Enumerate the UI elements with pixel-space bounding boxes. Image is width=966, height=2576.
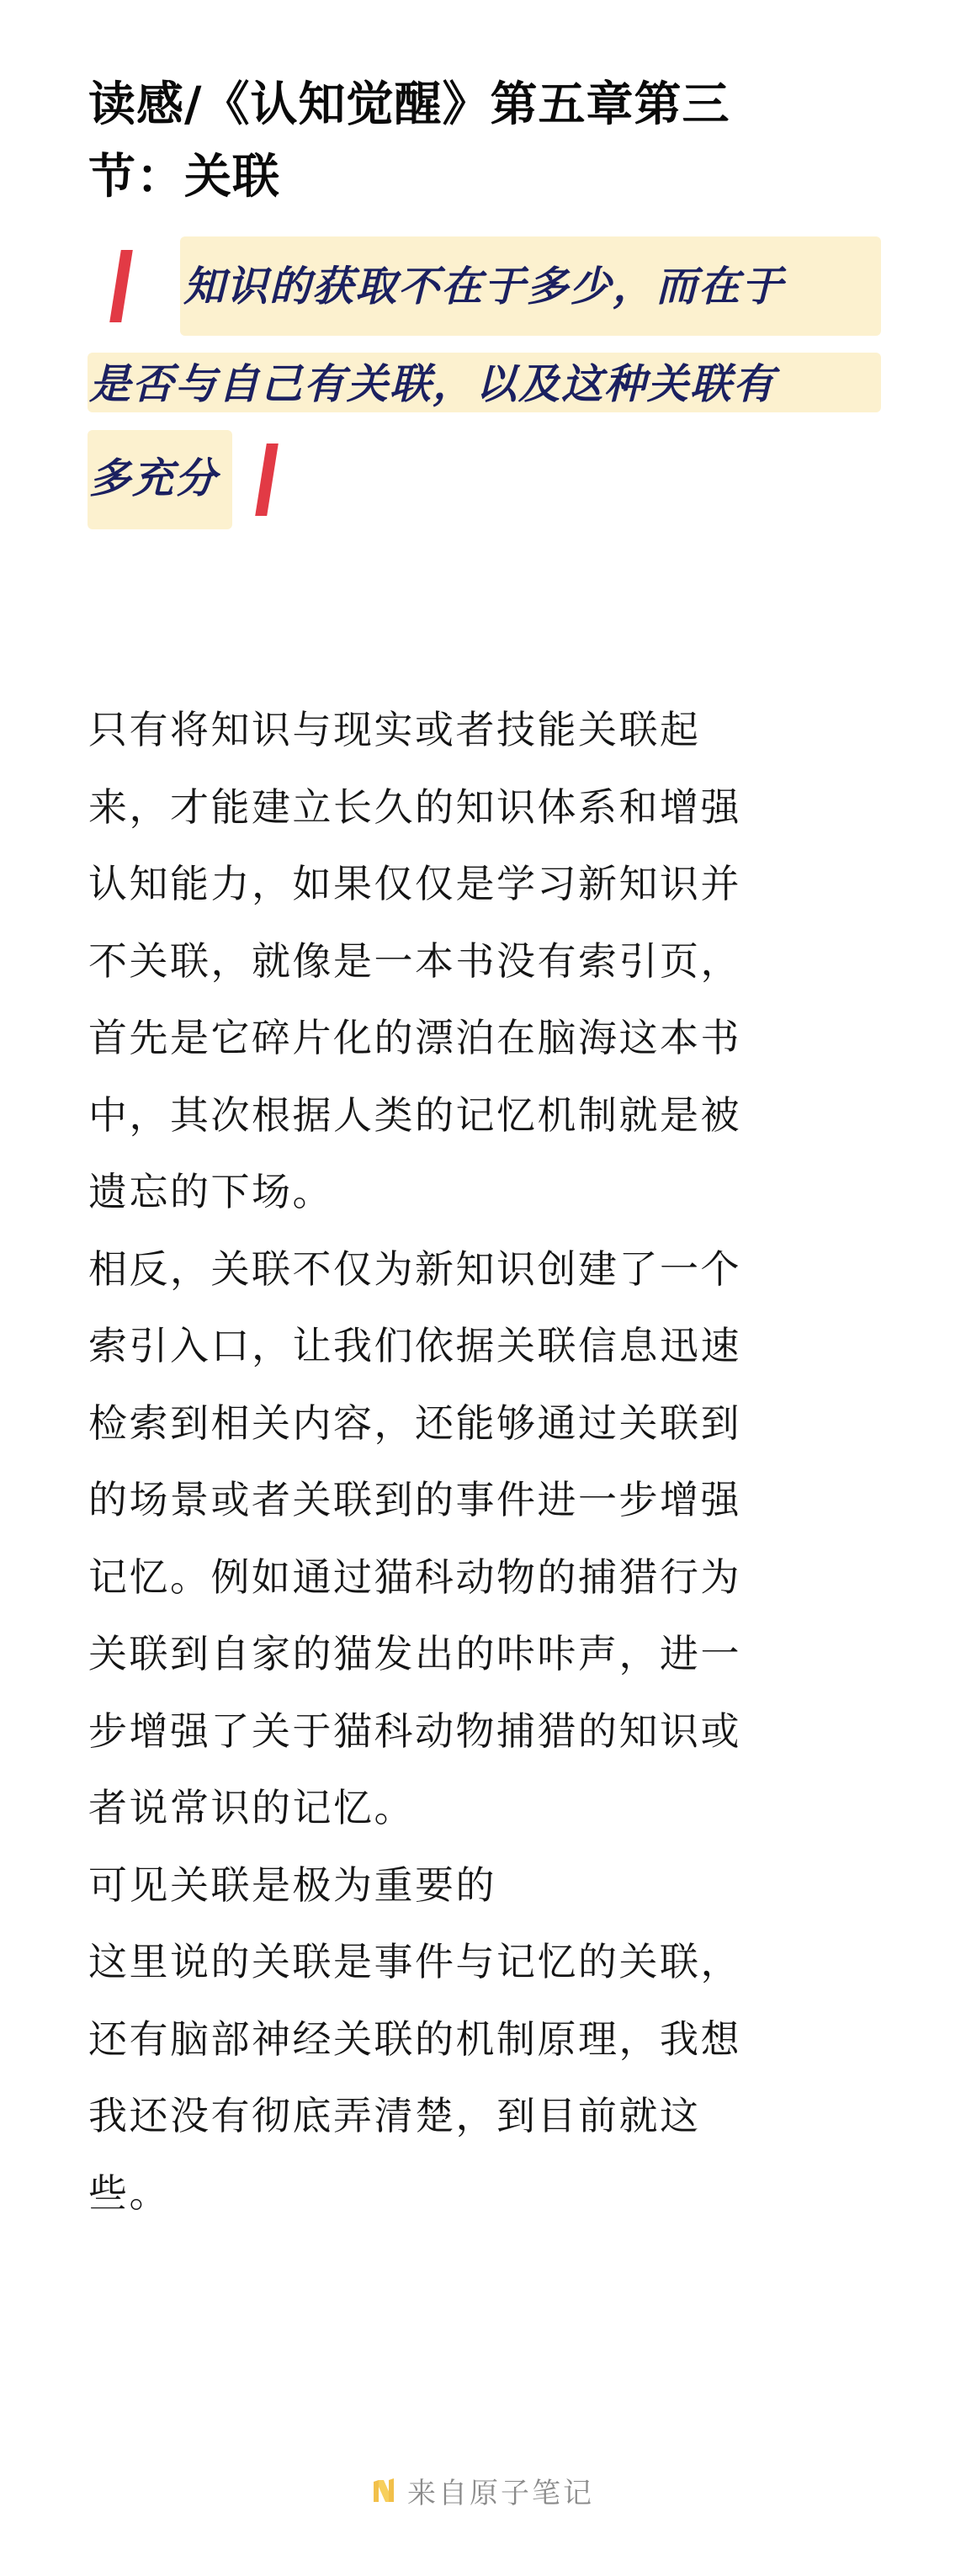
body-line: 还有脑部神经关联的机制原理，我想 <box>88 2001 888 2079</box>
body-line: 者说常识的记忆。 <box>88 1770 888 1847</box>
note-page: 读感/《认知觉醒》第五章第三 节：关联 知识的获取不在于多少，而在于 是否与自己… <box>0 0 966 2576</box>
body-line: 些。 <box>88 2155 888 2233</box>
body-line: 相反，关联不仅为新知识创建了一个 <box>88 1231 888 1309</box>
footer-attribution: 来自原子笔记 <box>0 2470 966 2511</box>
quote-line-3: 多充分 <box>89 458 218 499</box>
footer-text: 来自原子笔记 <box>407 2470 594 2511</box>
body-line: 步增强了关于猫科动物捕猎的知识或 <box>88 1693 888 1771</box>
body-line: 关联到自家的猫发出的咔咔声，进一 <box>88 1616 888 1693</box>
body-line: 的场景或者关联到的事件进一步增强 <box>88 1462 888 1539</box>
body-line: 只有将知识与现实或者技能关联起 <box>88 692 888 769</box>
body-line: 可见关联是极为重要的 <box>88 1847 888 1925</box>
body-line: 来，才能建立长久的知识体系和增强 <box>88 769 888 847</box>
atom-note-logo-icon <box>372 2478 395 2504</box>
body-line: 不关联，就像是一本书没有索引页， <box>88 923 888 1001</box>
body-line: 遗忘的下场。 <box>88 1154 888 1231</box>
quote-close-slash-icon <box>255 443 279 516</box>
body-line: 我还没有彻底弄清楚，到目前就这 <box>88 2078 888 2155</box>
body-line: 这里说的关联是事件与记忆的关联， <box>88 1924 888 2001</box>
body-line: 首先是它碎片化的漂泊在脑海这本书 <box>88 1000 888 1077</box>
note-body: 只有将知识与现实或者技能关联起 来，才能建立长久的知识体系和增强 认知能力，如果… <box>88 692 888 2232</box>
body-line: 索引入口，让我们依据关联信息迅速 <box>88 1308 888 1385</box>
highlight-quote: 知识的获取不在于多少，而在于 是否与自己有关联，以及这种关联有 多充分 <box>0 0 966 589</box>
quote-line-1: 知识的获取不在于多少，而在于 <box>183 266 784 307</box>
quote-line-2: 是否与自己有关联，以及这种关联有 <box>89 364 776 405</box>
quote-open-slash-icon <box>109 250 133 322</box>
body-line: 检索到相关内容，还能够通过关联到 <box>88 1385 888 1463</box>
body-line: 中，其次根据人类的记忆机制就是被 <box>88 1077 888 1155</box>
body-line: 认知能力，如果仅仅是学习新知识并 <box>88 846 888 923</box>
body-line: 记忆。例如通过猫科动物的捕猎行为 <box>88 1539 888 1617</box>
